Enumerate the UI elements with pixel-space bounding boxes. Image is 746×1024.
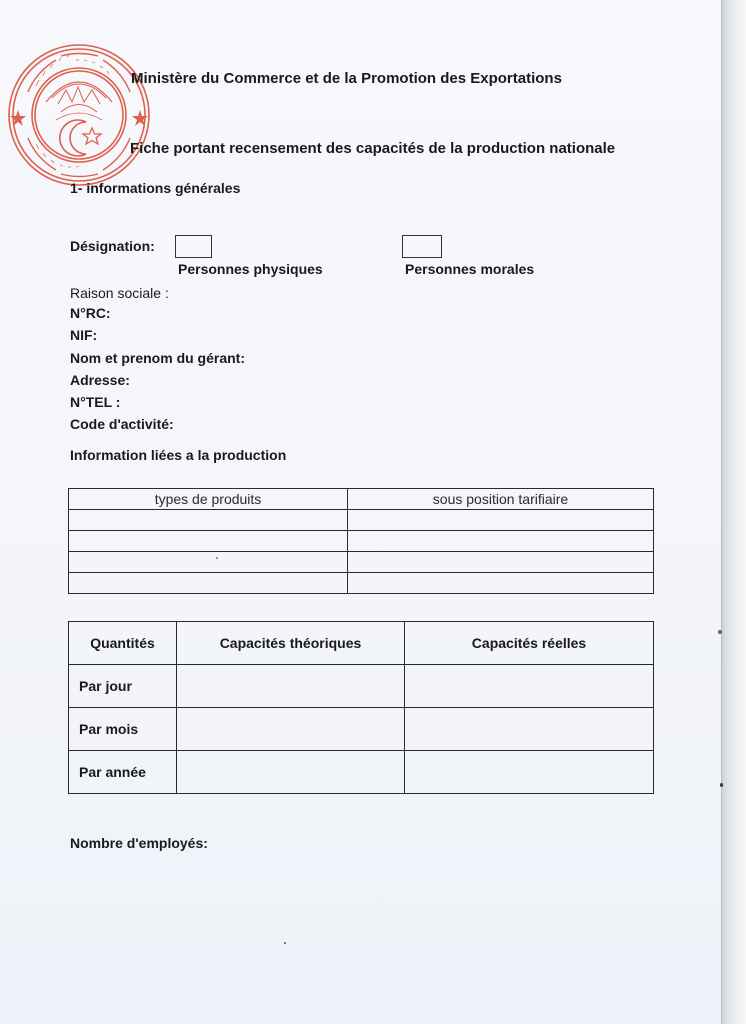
form-title: Fiche portant recensement des capacités … xyxy=(130,140,615,157)
field-label-nif: NIF: xyxy=(70,327,97,343)
cell-actual-per-month[interactable] xyxy=(405,708,654,751)
cell-tariff-subheading[interactable] xyxy=(348,531,654,552)
cell-product-type[interactable] xyxy=(69,510,348,531)
option-label-personnes-morales: Personnes morales xyxy=(405,261,534,277)
official-seal-stamp-icon xyxy=(6,42,152,188)
capacities-table: Quantités Capacités théoriques Capacités… xyxy=(68,621,654,794)
table-row xyxy=(69,573,654,594)
ministry-title: Ministère du Commerce et de la Promotion… xyxy=(131,70,562,87)
raison-sociale-label: Raison sociale : xyxy=(70,285,169,301)
field-label-phone: N°TEL : xyxy=(70,394,120,410)
cell-theoretical-per-day[interactable] xyxy=(177,665,405,708)
field-label-address: Adresse: xyxy=(70,372,130,388)
capacities-table-header: Quantités Capacités théoriques Capacités… xyxy=(69,622,654,665)
employees-label: Nombre d'employés: xyxy=(70,835,208,851)
cell-theoretical-per-month[interactable] xyxy=(177,708,405,751)
cell-tariff-subheading[interactable] xyxy=(348,552,654,573)
field-label-activity-code: Code d'activité: xyxy=(70,416,174,432)
field-label-manager-name: Nom et prenom du gérant: xyxy=(70,350,245,366)
field-label-nrc: N°RC: xyxy=(70,305,111,321)
row-label-per-day: Par jour xyxy=(69,665,177,708)
checkbox-personnes-physiques[interactable] xyxy=(175,235,212,258)
table-row xyxy=(69,552,654,573)
table-row: Par mois xyxy=(69,708,654,751)
column-header-tariff-subheading: sous position tarifiaire xyxy=(348,489,654,510)
column-header-actual-capacity: Capacités réelles xyxy=(405,622,654,665)
production-heading: Information liées a la production xyxy=(70,447,286,463)
scan-speck xyxy=(718,630,722,634)
cell-product-type[interactable] xyxy=(69,552,348,573)
table-row: Par année xyxy=(69,751,654,794)
section-heading-general-info: 1- informations générales xyxy=(70,180,240,196)
cell-actual-per-year[interactable] xyxy=(405,751,654,794)
table-row: Par jour xyxy=(69,665,654,708)
table-row xyxy=(69,531,654,552)
designation-label: Désignation: xyxy=(70,238,155,254)
cell-theoretical-per-year[interactable] xyxy=(177,751,405,794)
column-header-product-types: types de produits xyxy=(69,489,348,510)
cell-tariff-subheading[interactable] xyxy=(348,510,654,531)
table-row xyxy=(69,510,654,531)
cell-tariff-subheading[interactable] xyxy=(348,573,654,594)
scan-edge-shadow xyxy=(722,0,746,1024)
scan-speck xyxy=(720,783,723,787)
row-label-per-year: Par année xyxy=(69,751,177,794)
option-label-personnes-physiques: Personnes physiques xyxy=(178,261,323,277)
column-header-quantities: Quantités xyxy=(69,622,177,665)
products-table-header: types de produits sous position tarifiai… xyxy=(69,489,654,510)
column-header-theoretical-capacity: Capacités théoriques xyxy=(177,622,405,665)
row-label-per-month: Par mois xyxy=(69,708,177,751)
cell-product-type[interactable] xyxy=(69,531,348,552)
checkbox-personnes-morales[interactable] xyxy=(402,235,442,258)
scan-speck xyxy=(216,557,218,559)
scan-speck xyxy=(284,942,286,944)
cell-actual-per-day[interactable] xyxy=(405,665,654,708)
products-table: types de produits sous position tarifiai… xyxy=(68,488,654,594)
cell-product-type[interactable] xyxy=(69,573,348,594)
